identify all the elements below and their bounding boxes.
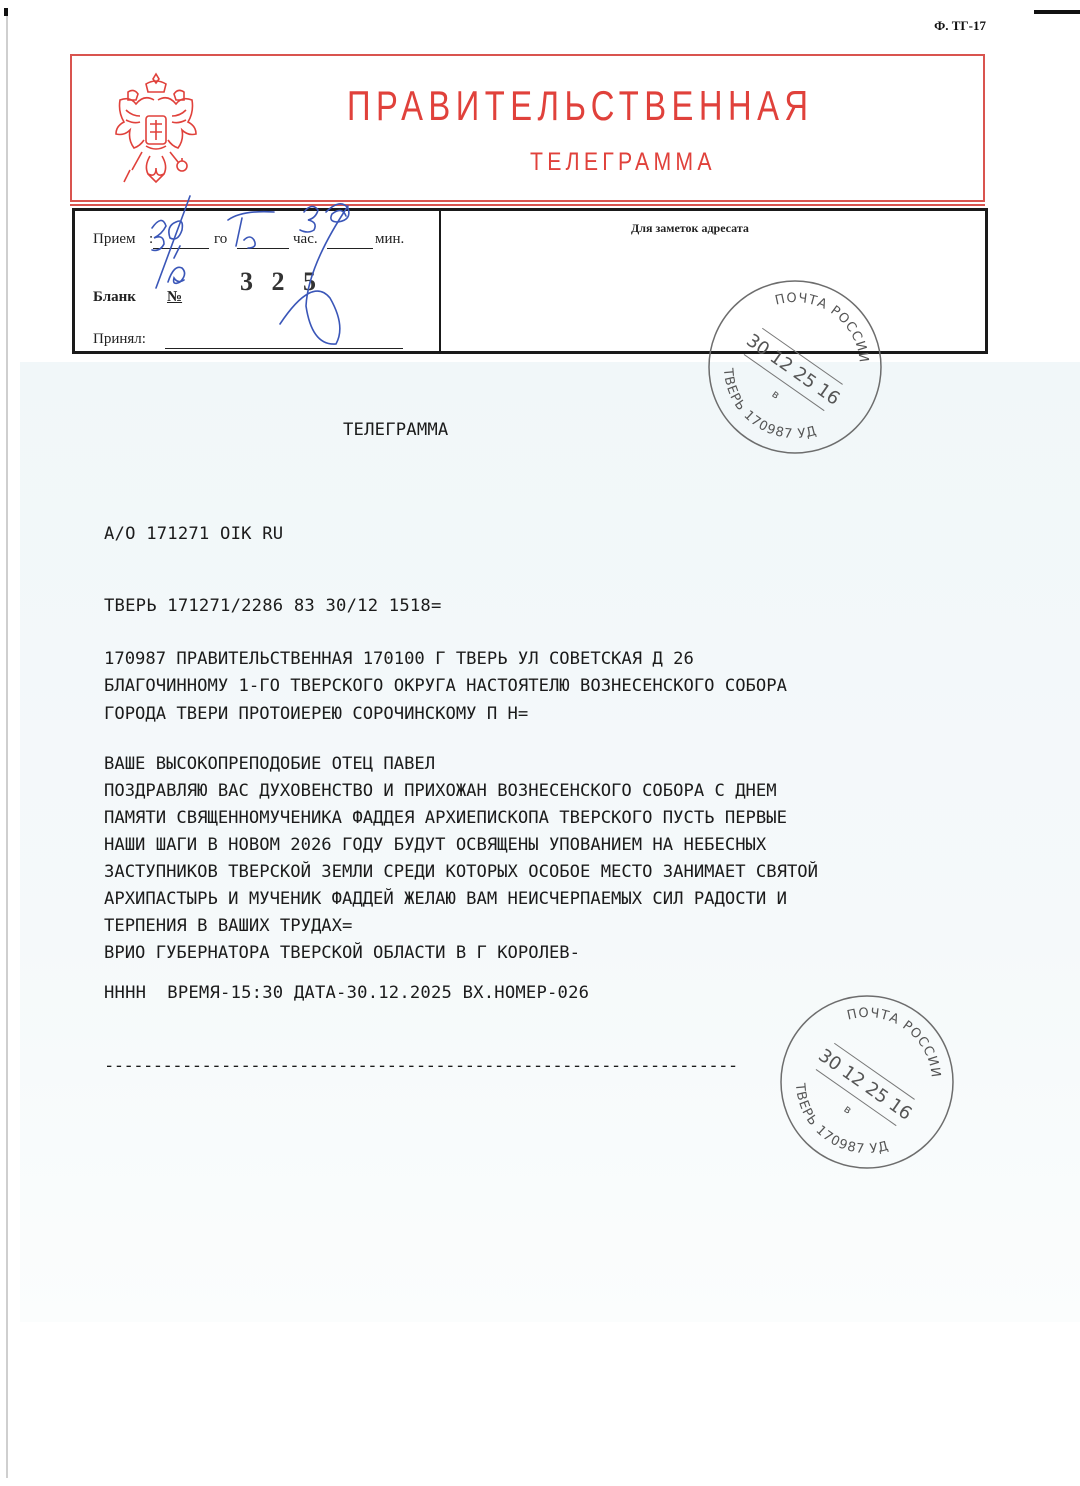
footer-line: НННН ВРЕМЯ-15:30 ДАТА-30.12.2025 ВХ.НОМЕ… bbox=[104, 983, 589, 1003]
origin-line: ТВЕРЬ 171271/2286 83 30/12 1518= bbox=[104, 596, 442, 616]
header-title: ПРАВИТЕЛЬСТВЕННАЯ bbox=[347, 82, 814, 130]
blank-label: Бланк bbox=[93, 289, 136, 306]
address-line: ГОРОДА ТВЕРИ ПРОТОИЕРЕЮ СОРОЧИНСКОМУ П Н… bbox=[104, 701, 787, 728]
header-banner: ПРАВИТЕЛЬСТВЕННАЯ ТЕЛЕГРАММА bbox=[70, 54, 985, 202]
russian-coat-of-arms-icon bbox=[106, 70, 206, 190]
body-line: ТЕРПЕНИЯ В ВАШИХ ТРУДАХ= bbox=[104, 913, 818, 940]
hour-field bbox=[237, 248, 289, 249]
scan-corner-mark bbox=[1034, 10, 1080, 14]
message-body: ВАШЕ ВЫСОКОПРЕПОДОБИЕ ОТЕЦ ПАВЕЛПОЗДРАВЛ… bbox=[104, 751, 818, 967]
number-sign: № bbox=[167, 289, 182, 306]
address-line: 170987 ПРАВИТЕЛЬСТВЕННАЯ 170100 Г ТВЕРЬ … bbox=[104, 646, 787, 673]
minutes-label: мин. bbox=[375, 231, 404, 248]
body-line: ЗАСТУПНИКОВ ТВЕРСКОЙ ЗЕМЛИ СРЕДИ КОТОРЫХ… bbox=[104, 859, 818, 886]
hour-label: час. bbox=[293, 231, 318, 248]
separator-line: ----------------------------------------… bbox=[104, 1056, 738, 1076]
accepted-signature-field bbox=[165, 348, 403, 349]
divider bbox=[439, 211, 441, 351]
address-block: 170987 ПРАВИТЕЛЬСТВЕННАЯ 170100 Г ТВЕРЬ … bbox=[104, 646, 787, 728]
notes-label: Для заметок адресата bbox=[631, 221, 749, 236]
body-line: АРХИПАСТЫРЬ И МУЧЕНИК ФАДДЕЙ ЖЕЛАЮ ВАМ Н… bbox=[104, 886, 818, 913]
page-edge bbox=[6, 8, 8, 1478]
received-label: Прием bbox=[93, 231, 136, 248]
scan-corner-mark bbox=[4, 8, 8, 16]
body-line: НАШИ ШАГИ В НОВОМ 2026 ГОДУ БУДУТ ОСВЯЩЕ… bbox=[104, 832, 818, 859]
header-subtitle: ТЕЛЕГРАММА bbox=[530, 148, 716, 177]
form-code: Ф. ТГ-17 bbox=[934, 18, 986, 34]
address-line: БЛАГОЧИННОМУ 1-ГО ТВЕРСКОГО ОКРУГА НАСТО… bbox=[104, 673, 787, 700]
service-line: А/О 171271 OIK RU bbox=[104, 524, 283, 544]
telegram-heading: ТЕЛЕГРАММА bbox=[343, 420, 448, 440]
received-date-field bbox=[153, 248, 209, 249]
body-line: ПОЗДРАВЛЯЮ ВАС ДУХОВЕНСТВО И ПРИХОЖАН ВО… bbox=[104, 778, 818, 805]
day-label: го bbox=[214, 231, 227, 248]
blank-number: 3 2 5 bbox=[240, 267, 322, 297]
body-line: ВАШЕ ВЫСОКОПРЕПОДОБИЕ ОТЕЦ ПАВЕЛ bbox=[104, 751, 818, 778]
minutes-field bbox=[327, 248, 373, 249]
signature-line: ВРИО ГУБЕРНАТОРА ТВЕРСКОЙ ОБЛАСТИ В Г КО… bbox=[104, 940, 818, 967]
reception-info-box: Прием: го час. мин. Бланк № 3 2 5 Принял… bbox=[72, 208, 988, 354]
accepted-label: Принял: bbox=[93, 331, 146, 348]
body-line: ПАМЯТИ СВЯЩЕННОМУЧЕНИКА ФАДДЕЯ АРХИЕПИСК… bbox=[104, 805, 818, 832]
